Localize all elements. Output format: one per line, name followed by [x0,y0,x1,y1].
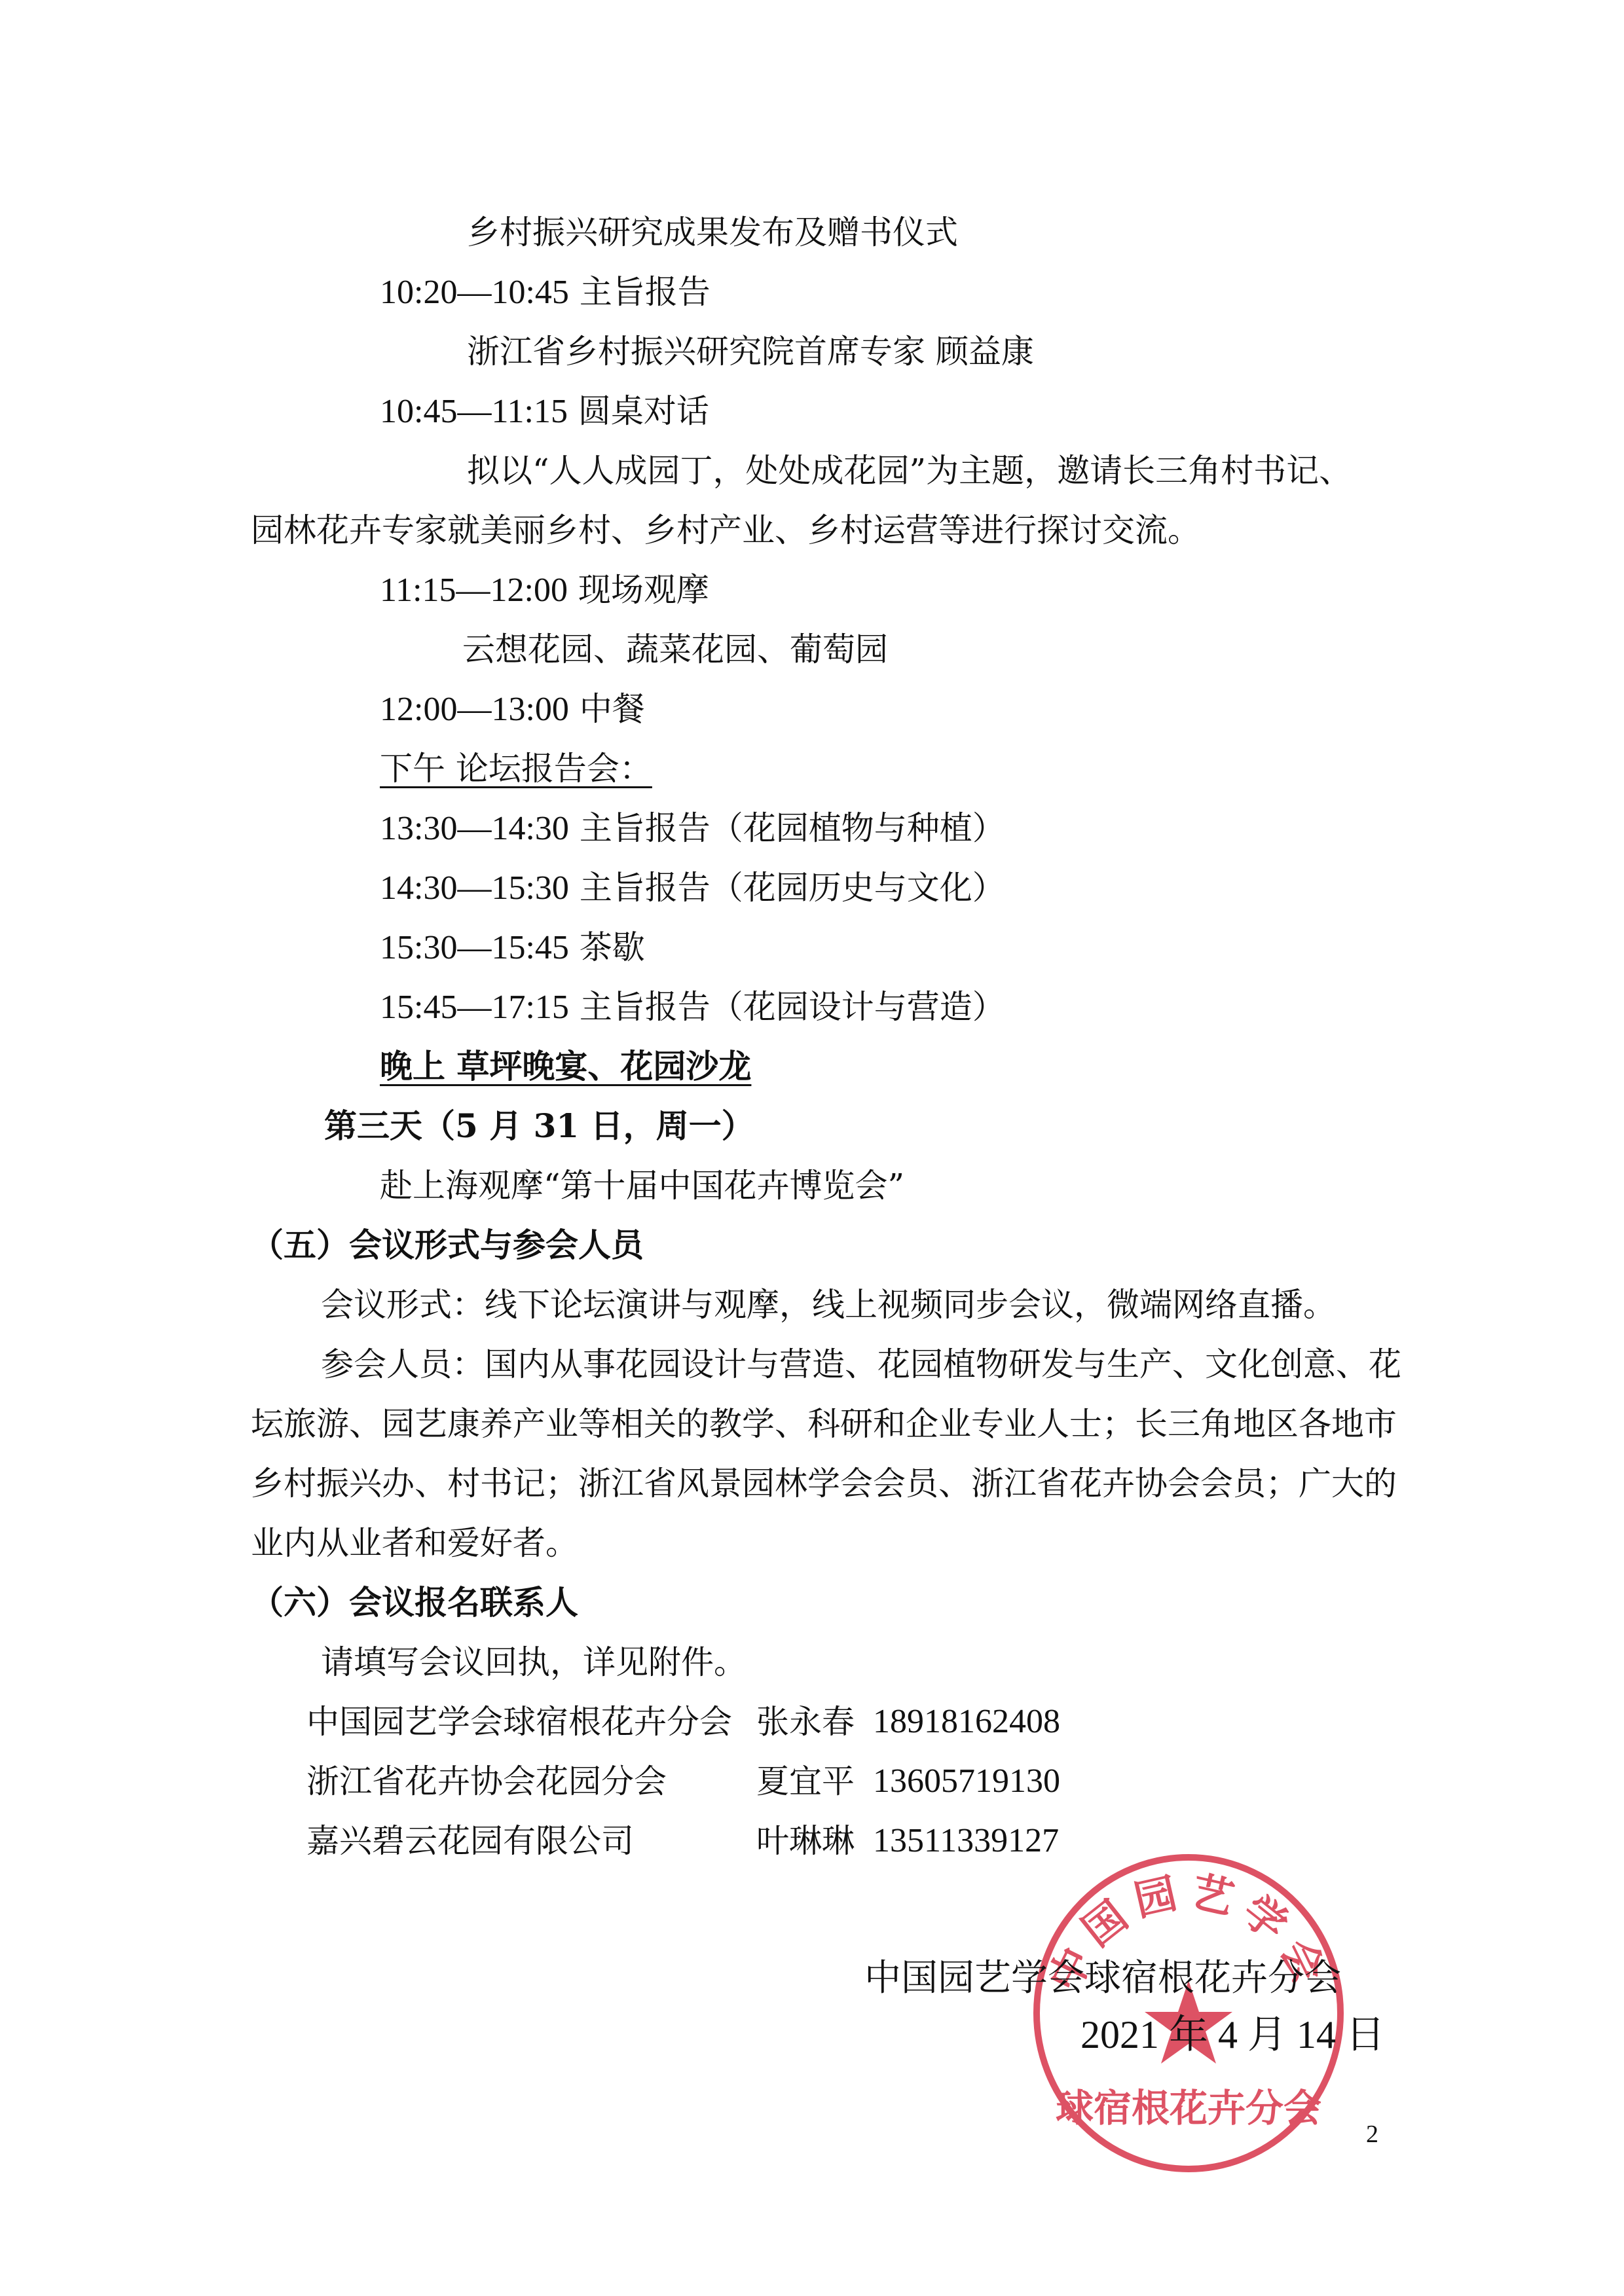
attendees-line-3: 乡村振兴办、村书记；浙江省风景园林学会会员、浙江省花卉协会会员；广大的 [251,1464,1397,1503]
contact-name: 叶琳琳 [756,1821,855,1861]
contact-name: 夏宜平 [756,1762,855,1801]
agenda-title: 主旨报告 [580,273,710,311]
agenda-time: 10:20—10:45 [380,274,569,311]
speaker-line: 浙江省乡村振兴研究院首席专家 顾益康 [467,332,1034,371]
signature-org: 中国园艺学会球宿根花卉分会 [864,1958,1341,1999]
agenda-item-1020: 10:20—10:45 主旨报告 [380,272,710,312]
agenda-title: 主旨报告（花园植物与种植） [580,809,1005,847]
visit-sites: 云想花园、蔬菜花园、葡萄园 [462,630,888,669]
agenda-item-1545: 15:45—17:15 主旨报告（花园设计与营造） [380,987,1005,1027]
seal-bottom-text: 球宿根花卉分会 [1056,2086,1321,2130]
signature-date: 2021 年 4 月 14 日 [1080,2014,1385,2056]
agenda-title: 现场观摩 [578,571,709,609]
agenda-title: 茶歇 [580,928,645,966]
agenda-time: 13:30—14:30 [380,810,569,847]
agenda-time: 11:15—12:00 [380,572,568,609]
agenda-item-1045: 10:45—11:15 圆桌对话 [380,392,709,431]
agenda-item-1530: 15:30—15:45 茶歇 [380,928,645,968]
agenda-title: 中餐 [580,690,645,728]
roundtable-desc-line-1: 拟以“人人成园丁，处处成花园”为主题，邀请长三角村书记、 [467,451,1352,490]
agenda-time: 12:00—13:00 [380,691,569,728]
section5-heading: （五）会议形式与参会人员 [251,1226,644,1265]
attendees-line-1: 参会人员：国内从事花园设计与营造、花园植物研发与生产、文化创意、花 [321,1345,1401,1384]
ceremony-line: 乡村振兴研究成果发布及赠书仪式 [467,213,958,252]
page-number: 2 [1366,2120,1378,2149]
agenda-item-1330: 13:30—14:30 主旨报告（花园植物与种植） [380,809,1005,848]
agenda-time: 15:30—15:45 [380,929,569,966]
agenda-item-1200: 12:00—13:00 中餐 [380,689,645,729]
agenda-time: 15:45—17:15 [380,989,569,1026]
section6-heading: （六）会议报名联系人 [251,1583,578,1622]
meeting-format: 会议形式：线下论坛演讲与观摩，线上视频同步会议，微端网络直播。 [321,1285,1336,1324]
attendees-line-4: 业内从业者和爱好者。 [251,1523,578,1563]
agenda-title: 主旨报告（花园设计与营造） [580,988,1005,1026]
agenda-time: 14:30—15:30 [380,869,569,907]
contact-phone[interactable]: 18918162408 [873,1702,1060,1741]
contact-name: 张永春 [756,1702,855,1741]
agenda-item-1430: 14:30—15:30 主旨报告（花园历史与文化） [380,868,1005,908]
roundtable-desc-line-2: 园林花卉专家就美丽乡村、乡村产业、乡村运营等进行探讨交流。 [251,511,1200,550]
contact-phone[interactable]: 13605719130 [873,1762,1060,1801]
agenda-title: 主旨报告（花园历史与文化） [580,869,1005,907]
agenda-title: 圆桌对话 [578,392,709,430]
contact-org: 浙江省花卉协会花园分会 [306,1762,667,1801]
contact-org: 嘉兴碧云花园有限公司 [306,1821,634,1861]
contact-org: 中国园艺学会球宿根花卉分会 [306,1702,732,1741]
afternoon-heading: 下午 论坛报告会： [380,749,652,788]
registration-note: 请填写会议回执，详见附件。 [321,1643,747,1682]
day3-heading: 第三天（5 月 31 日，周一） [324,1106,754,1146]
evening-heading: 晚上 草坪晚宴、花园沙龙 [380,1047,751,1086]
day3-activity: 赴上海观摩“第十届中国花卉博览会” [380,1166,904,1205]
agenda-time: 10:45—11:15 [380,393,568,430]
agenda-item-1115: 11:15—12:00 现场观摩 [380,570,709,610]
attendees-line-2: 坛旅游、园艺康养产业等相关的教学、科研和企业专业人士；长三角地区各地市 [251,1404,1397,1444]
